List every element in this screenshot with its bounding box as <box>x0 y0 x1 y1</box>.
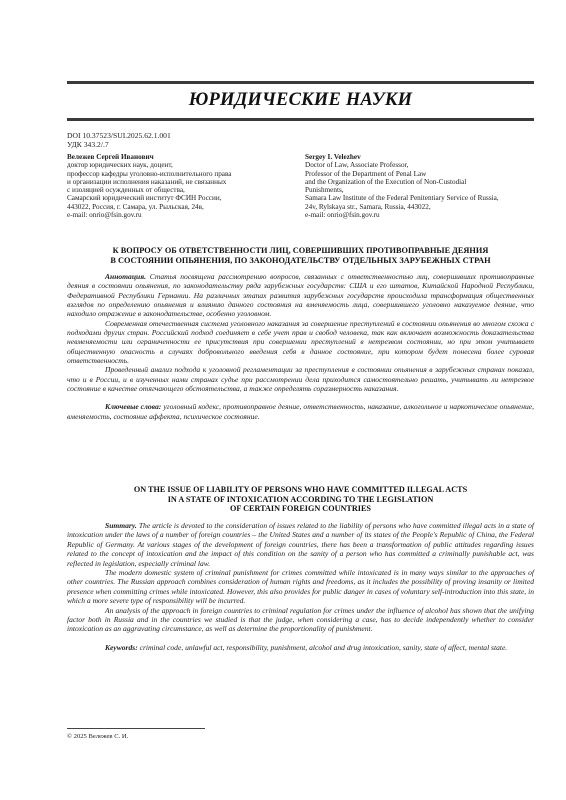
author-line: 24v, Rylskaya str., Samara, Russia, 4430… <box>305 203 540 211</box>
doi: DOI 10.37523/SUI.2025.62.1.001 <box>67 131 171 140</box>
abstract-ru: Аннотация. Статья посвящена рассмотрению… <box>67 272 534 421</box>
author-name-en: Sergey I. Velezhev <box>305 153 540 161</box>
title-ru-line: К ВОПРОСУ ОБ ОТВЕТСТВЕННОСТИ ЛИЦ, СОВЕРШ… <box>67 246 534 256</box>
journal-section-title: ЮРИДИЧЕСКИЕ НАУКИ <box>67 90 534 111</box>
author-info-ru: Вележев Сергей Иванович доктор юридическ… <box>67 153 287 219</box>
author-info-en: Sergey I. Velezhev Doctor of Law, Associ… <box>305 153 540 219</box>
title-en-line: OF CERTAIN FOREIGN COUNTRIES <box>67 504 534 514</box>
abstract-label: Аннотация. <box>105 272 146 281</box>
header-rule-top <box>67 81 534 84</box>
title-en-line: IN A STATE OF INTOXICATION ACCORDING TO … <box>67 495 534 505</box>
article-title-en: ON THE ISSUE OF LIABILITY OF PERSONS WHO… <box>67 485 534 514</box>
author-email-ru: e-mail: onrio@fsin.gov.ru <box>67 211 287 219</box>
keywords-label-en: Keywords: <box>105 643 138 652</box>
title-ru-line: В СОСТОЯНИИ ОПЬЯНЕНИЯ, ПО ЗАКОНОДАТЕЛЬСТ… <box>67 256 534 266</box>
author-line: Самарский юридический институт ФСИН Росс… <box>67 194 287 202</box>
footnote-divider <box>67 728 205 729</box>
author-line: и организации исполнения наказаний, не с… <box>67 178 287 186</box>
copyright-notice: © 2025 Вележев С. И. <box>67 733 128 740</box>
summary-paragraph: An analysis of the approach in foreign c… <box>67 606 534 634</box>
author-line: Doctor of Law, Associate Professor, <box>305 161 540 169</box>
summary-paragraph: The modern domestic system of criminal p… <box>67 568 534 606</box>
title-en-line: ON THE ISSUE OF LIABILITY OF PERSONS WHO… <box>67 485 534 495</box>
udk: УДК 343.2/.7 <box>67 140 171 149</box>
summary-label: Summary. <box>105 521 137 530</box>
author-line: профессор кафедры уголовно-исполнительно… <box>67 170 287 178</box>
summary-en: Summary. The article is devoted to the c… <box>67 521 534 652</box>
keywords-label-ru: Ключевые слова: <box>105 402 161 411</box>
summary-paragraph: Summary. The article is devoted to the c… <box>67 521 534 568</box>
abstract-paragraph: Современная отечественная система уголов… <box>67 319 534 366</box>
author-line: с изоляцией осужденных от общества, <box>67 186 287 194</box>
author-line: and the Organization of the Execution of… <box>305 178 540 186</box>
author-line: 443022, Россия, г. Самара, ул. Рыльская,… <box>67 203 287 211</box>
author-name-ru: Вележев Сергей Иванович <box>67 153 287 161</box>
article-title-ru: К ВОПРОСУ ОБ ОТВЕТСТВЕННОСТИ ЛИЦ, СОВЕРШ… <box>67 246 534 265</box>
author-line: Punishments, <box>305 186 540 194</box>
abstract-paragraph: Проведенный анализ подхода к уголовной р… <box>67 365 534 393</box>
keywords-en: Keywords: criminal code, unlawful act, r… <box>67 643 534 652</box>
author-line: Professor of the Department of Penal Law <box>305 170 540 178</box>
abstract-paragraph: Аннотация. Статья посвящена рассмотрению… <box>67 272 534 319</box>
author-line: Samara Law Institute of the Federal Peni… <box>305 194 540 202</box>
header-rule-bottom <box>67 118 534 121</box>
article-meta: DOI 10.37523/SUI.2025.62.1.001 УДК 343.2… <box>67 131 171 150</box>
author-line: доктор юридических наук, доцент, <box>67 161 287 169</box>
keywords-ru: Ключевые слова: уголовный кодекс, против… <box>67 402 534 421</box>
author-email-en: e-mail: onrio@fsin.gov.ru <box>305 211 540 219</box>
